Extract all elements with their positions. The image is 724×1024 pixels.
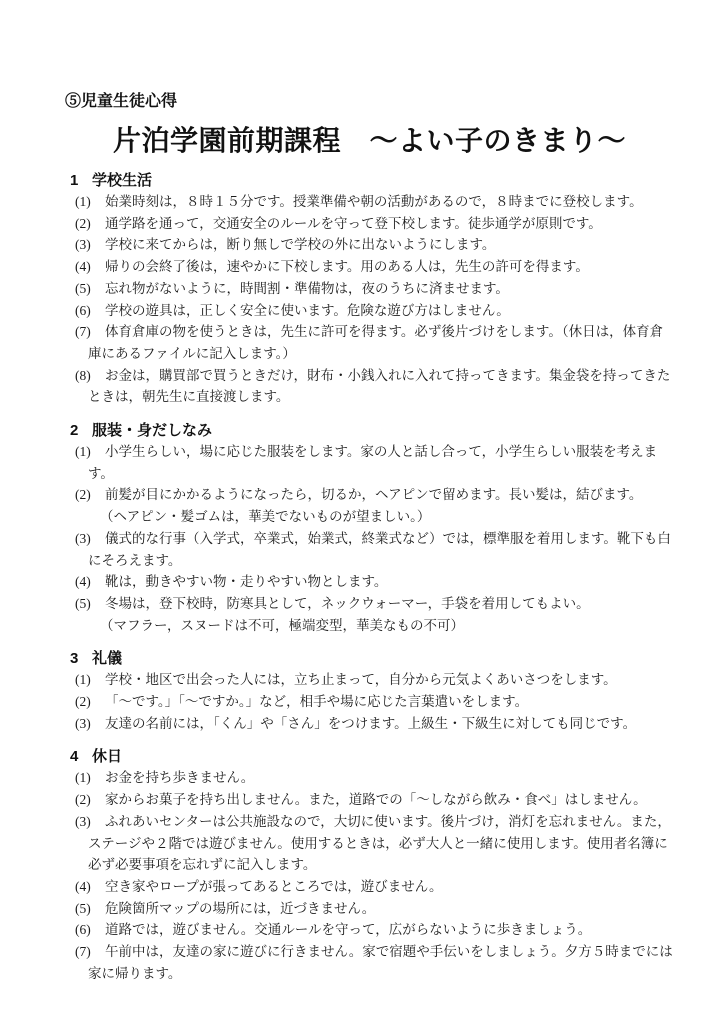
rule-item-number: (1) [75,441,105,463]
rule-item-note: （マフラー，スヌードは不可，極端変型，華美なもの不可） [88,615,674,637]
rule-item-number: (4) [75,571,105,593]
rule-item: (5)冬場は，登下校時，防寒具として，ネックウォーマー，手袋を着用してもよい。（… [65,593,674,636]
rule-list: (1)始業時刻は，８時１５分です。授業準備や朝の活動があるので，８時までに登校し… [65,191,674,408]
rule-item-text: 帰りの会終了後は，速やかに下校します。用のある人は，先生の許可を得ます。 [105,259,589,274]
rule-item-number: (2) [75,484,105,506]
section-heading: 2服装・身だしなみ [65,421,674,441]
rule-item-text: 学校・地区で出会った人には，立ち止まって，自分から元気よくあいさつをします。 [105,672,617,687]
rule-item-number: (1) [75,669,105,691]
doc-label: ⑤児童生徒心得 [65,92,674,111]
section-number: 1 [70,171,79,191]
rule-item-text: 道路では，遊びません。交通ルールを守って，広がらないように歩きましょう。 [105,922,591,937]
document-page: ⑤児童生徒心得 片泊学園前期課程 ～よい子のきまり～ 1学校生活(1)始業時刻は… [0,0,724,1024]
rule-item: (6)学校の遊具は，正しく安全に使います。危険な遊び方はしません。 [65,300,674,322]
rule-item: (4)帰りの会終了後は，速やかに下校します。用のある人は，先生の許可を得ます。 [65,256,674,278]
rule-item: (2)「～です。」「～ですか。」など，相手や場に応じた言葉遣いをします。 [65,691,674,713]
rule-item-number: (4) [75,256,105,278]
rule-item-note: （ヘアピン・髪ゴムは，華美でないものが望ましい。） [88,506,674,528]
rule-item-text: 危険箇所マップの場所には，近づきません。 [105,901,375,916]
rule-item-text: 空き家やロープが張ってあるところでは，遊びません。 [105,879,443,894]
rule-item-number: (3) [75,811,105,833]
rule-item-text: 友達の名前には，「くん」や「さん」をつけます。上級生・下級生に対しても同じです。 [105,716,636,731]
rule-item-text: 始業時刻は，８時１５分です。授業準備や朝の活動があるので，８時までに登校します。 [105,194,643,209]
rule-list: (1)小学生らしい，場に応じた服装をします。家の人と話し合って，小学生らしい服装… [65,441,674,636]
rule-item-text: お金は，購買部で買うときだけ，財布・小銭入れに入れて持ってきます。集金袋を持って… [88,368,670,405]
rule-item-number: (4) [75,876,105,898]
rule-item-text: 「～です。」「～ですか。」など，相手や場に応じた言葉遣いをします。 [105,694,528,709]
rule-item: (4)空き家やロープが張ってあるところでは，遊びません。 [65,876,674,898]
rule-item-text: 小学生らしい，場に応じた服装をします。家の人と話し合って，小学生らしい服装を考え… [88,444,657,481]
rule-item-number: (1) [75,191,105,213]
rule-item-text: 前髪が目にかかるようになったら，切るか，ヘアピンで留めます。長い髪は，結びます。 [105,487,642,502]
rule-item: (2)通学路を通って，交通安全のルールを守って登下校します。徒歩通学が原則です。 [65,213,674,235]
rule-item: (4)靴は，動きやすい物・走りやすい物とします。 [65,571,674,593]
rule-item-number: (2) [75,691,105,713]
rule-item-text: 冬場は，登下校時，防寒具として，ネックウォーマー，手袋を着用してもよい。 [105,596,590,611]
rule-item: (1)始業時刻は，８時１５分です。授業準備や朝の活動があるので，８時までに登校し… [65,191,674,213]
rule-item-number: (2) [75,789,105,811]
rule-item-text: 儀式的な行事（入学式，卒業式，始業式，終業式など）では，標準服を着用します。靴下… [88,531,671,568]
section-1: 1学校生活(1)始業時刻は，８時１５分です。授業準備や朝の活動があるので，８時ま… [65,171,674,408]
rule-item-text: お金を持ち歩きません。 [105,770,254,785]
sections-container: 1学校生活(1)始業時刻は，８時１５分です。授業準備や朝の活動があるので，８時ま… [65,171,674,985]
section-2: 2服装・身だしなみ(1)小学生らしい，場に応じた服装をします。家の人と話し合って… [65,421,674,636]
rule-item: (6)道路では，遊びません。交通ルールを守って，広がらないように歩きましょう。 [65,919,674,941]
section-title: 休日 [92,748,122,765]
rule-item-number: (2) [75,213,105,235]
section-heading: 3礼儀 [65,649,674,669]
rule-item: (1)小学生らしい，場に応じた服装をします。家の人と話し合って，小学生らしい服装… [65,441,674,484]
rule-item-number: (3) [75,528,105,550]
rule-item: (2)家からお菓子を持ち出しません。また，道路での「～しながら飲み・食べ」はしま… [65,789,674,811]
section-3: 3礼儀(1)学校・地区で出会った人には，立ち止まって，自分から元気よくあいさつを… [65,649,674,734]
section-heading: 4休日 [65,747,674,767]
page-title: 片泊学園前期課程 ～よい子のきまり～ [65,124,674,158]
rule-item-number: (6) [75,300,105,322]
rule-item-number: (8) [75,365,105,387]
rule-item-number: (3) [75,234,105,256]
rule-item-text: 忘れ物がないように，時間割・準備物は，夜のうちに済ませます。 [105,281,509,296]
rule-item-number: (7) [75,321,105,343]
section-title: 学校生活 [92,172,152,189]
section-number: 2 [70,421,79,441]
rule-item: (3)儀式的な行事（入学式，卒業式，始業式，終業式など）では，標準服を着用します… [65,528,674,571]
rule-item-text: 通学路を通って，交通安全のルールを守って登下校します。徒歩通学が原則です。 [105,216,602,231]
rule-item-text: 靴は，動きやすい物・走りやすい物とします。 [105,574,387,589]
rule-list: (1)お金を持ち歩きません。(2)家からお菓子を持ち出しません。また，道路での「… [65,767,674,984]
rule-item-text: ふれあいセンターは公共施設なので，大切に使います。後片づけ，消灯を忘れません。ま… [88,814,671,872]
rule-item: (7)午前中は，友達の家に遊びに行きません。家で宿題や手伝いをしましょう。夕方５… [65,941,674,984]
rule-item-text: 体育倉庫の物を使うときは，先生に許可を得ます。必ず後片づけをします。（休日は，体… [88,324,663,361]
rule-item-number: (6) [75,919,105,941]
rule-item-text: 家からお菓子を持ち出しません。また，道路での「～しながら飲み・食べ」はしません。 [105,792,647,807]
rule-item: (5)忘れ物がないように，時間割・準備物は，夜のうちに済ませます。 [65,278,674,300]
rule-item: (7)体育倉庫の物を使うときは，先生に許可を得ます。必ず後片づけをします。（休日… [65,321,674,364]
rule-item-number: (5) [75,898,105,920]
rule-item: (3)ふれあいセンターは公共施設なので，大切に使います。後片づけ，消灯を忘れませ… [65,811,674,876]
section-number: 4 [70,747,79,767]
rule-item-number: (5) [75,593,105,615]
rule-item: (3)学校に来てからは，断り無しで学校の外に出ないようにします。 [65,234,674,256]
rule-item-number: (3) [75,713,105,735]
rule-item-number: (5) [75,278,105,300]
section-title: 礼儀 [92,650,122,667]
section-4: 4休日(1)お金を持ち歩きません。(2)家からお菓子を持ち出しません。また，道路… [65,747,674,984]
rule-item: (2)前髪が目にかかるようになったら，切るか，ヘアピンで留めます。長い髪は，結び… [65,484,674,527]
rule-item-text: 学校に来てからは，断り無しで学校の外に出ないようにします。 [105,237,495,252]
rule-item-number: (1) [75,767,105,789]
rule-item: (3)友達の名前には，「くん」や「さん」をつけます。上級生・下級生に対しても同じ… [65,713,674,735]
section-heading: 1学校生活 [65,171,674,191]
section-number: 3 [70,649,79,669]
rule-list: (1)学校・地区で出会った人には，立ち止まって，自分から元気よくあいさつをします… [65,669,674,734]
rule-item: (1)学校・地区で出会った人には，立ち止まって，自分から元気よくあいさつをします… [65,669,674,691]
rule-item: (8)お金は，購買部で買うときだけ，財布・小銭入れに入れて持ってきます。集金袋を… [65,365,674,408]
rule-item-text: 学校の遊具は，正しく安全に使います。危険な遊び方はしません。 [105,303,510,318]
rule-item-text: 午前中は，友達の家に遊びに行きません。家で宿題や手伝いをしましょう。夕方５時まで… [88,944,673,981]
rule-item: (1)お金を持ち歩きません。 [65,767,674,789]
rule-item-number: (7) [75,941,105,963]
rule-item: (5)危険箇所マップの場所には，近づきません。 [65,898,674,920]
section-title: 服装・身だしなみ [92,422,212,439]
